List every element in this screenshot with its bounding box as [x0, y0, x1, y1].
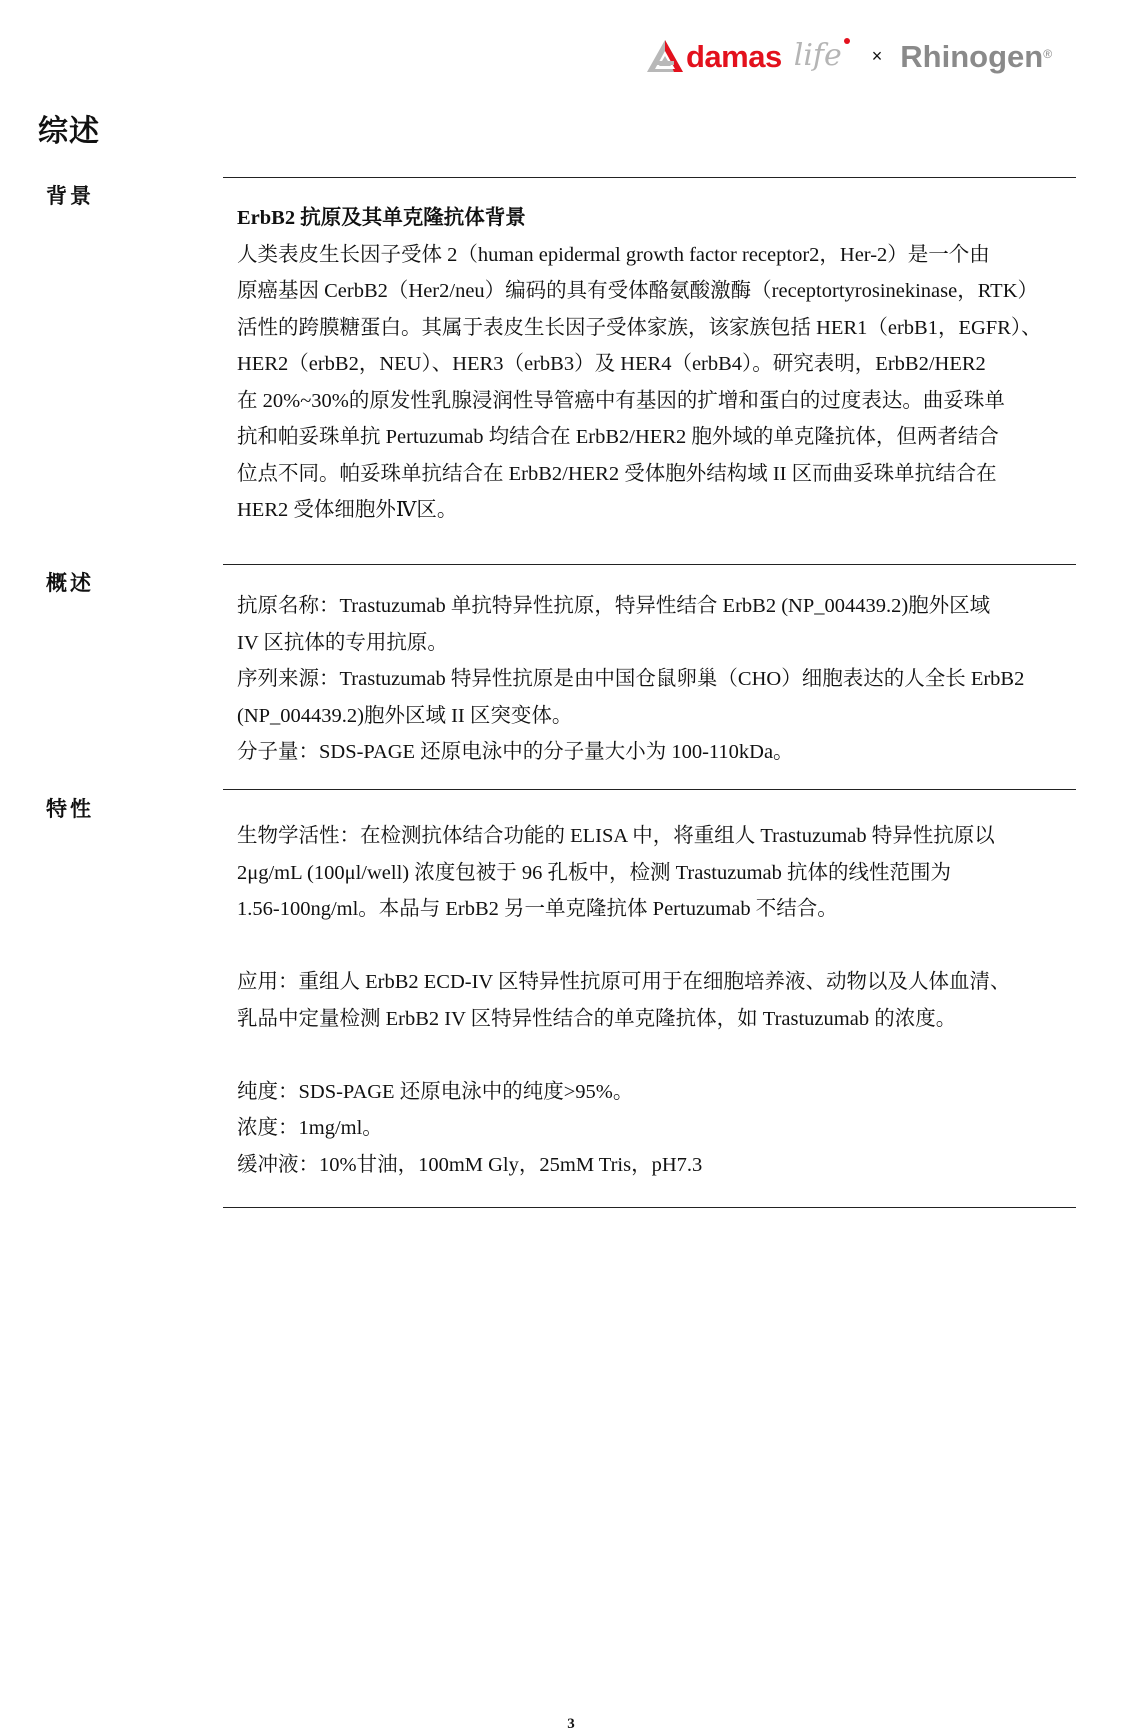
page-number: 3: [0, 1716, 1142, 1733]
adamas-wordmark: damas: [686, 41, 782, 72]
text-line: 人类表皮生长因子受体 2（human epidermal growth fact…: [237, 237, 1087, 274]
page-title: 综述: [38, 106, 100, 150]
text-line: 在 20%~30%的原发性乳腺浸润性导管癌中有基因的扩增和蛋白的过度表达。曲妥珠…: [237, 383, 1087, 420]
adamas-triangle-icon: [646, 38, 684, 74]
divider-rule: [223, 564, 1076, 565]
section-label-overview: 概述: [46, 567, 94, 597]
text-line: 应用：重组人 ErbB2 ECD-IV 区特异性抗原可用于在细胞培养液、动物以及…: [237, 964, 1087, 1001]
text-line: 活性的跨膜糖蛋白。其属于表皮生长因子受体家族，该家族包括 HER1（erbB1，…: [237, 310, 1087, 347]
text-line: 抗原名称：Trastuzumab 单抗特异性抗原，特异性结合 ErbB2 (NP…: [237, 588, 1087, 625]
text-line: 缓冲液：10%甘油，100mM Gly，25mM Tris，pH7.3: [237, 1147, 1087, 1184]
text-line: 1.56-100ng/ml。本品与 ErbB2 另一单克隆抗体 Pertuzum…: [237, 891, 1087, 928]
divider-rule: [223, 177, 1076, 178]
text-line: (NP_004439.2)胞外区域 II 区突变体。: [237, 698, 1087, 735]
background-content: ErbB2 抗原及其单克隆抗体背景 人类表皮生长因子受体 2（human epi…: [237, 200, 1087, 529]
text-line: 乳品中定量检测 ErbB2 IV 区特异性结合的单克隆抗体，如 Trastuzu…: [237, 1001, 1087, 1038]
text-line: 2μg/mL (100μl/well) 浓度包被于 96 孔板中，检测 Tras…: [237, 855, 1087, 892]
rhinogen-wordmark: Rhinogen: [900, 41, 1043, 72]
section-label-properties: 特性: [46, 793, 94, 823]
divider-rule: [223, 789, 1076, 790]
text-line: 抗和帕妥珠单抗 Pertuzumab 均结合在 ErbB2/HER2 胞外域的单…: [237, 419, 1087, 456]
registered-dot-icon: [844, 38, 850, 44]
text-line: HER2 受体细胞外Ⅳ区。: [237, 492, 1087, 529]
text-line: 生物学活性：在检测抗体结合功能的 ELISA 中，将重组人 Trastuzuma…: [237, 818, 1087, 855]
life-script-wordmark: life: [794, 41, 842, 71]
properties-content: 生物学活性：在检测抗体结合功能的 ELISA 中，将重组人 Trastuzuma…: [237, 818, 1087, 1183]
life-text: life: [794, 38, 842, 73]
background-subheading: ErbB2 抗原及其单克隆抗体背景: [237, 200, 1087, 237]
text-line: 原癌基因 CerbB2（Her2/neu）编码的具有受体酪氨酸激酶（recept…: [237, 273, 1087, 310]
text-line: 分子量：SDS-PAGE 还原电泳中的分子量大小为 100-110kDa。: [237, 734, 1087, 771]
text-line: IV 区抗体的专用抗原。: [237, 625, 1087, 662]
text-line: 序列来源：Trastuzumab 特异性抗原是由中国仓鼠卵巢（CHO）细胞表达的…: [237, 661, 1087, 698]
text-line: 浓度：1mg/ml。: [237, 1110, 1087, 1147]
text-line: 纯度：SDS-PAGE 还原电泳中的纯度>95%。: [237, 1074, 1087, 1111]
divider-rule: [223, 1207, 1076, 1208]
text-line: 位点不同。帕妥珠单抗结合在 ErbB2/HER2 受体胞外结构域 II 区而曲妥…: [237, 456, 1087, 493]
registered-mark-icon: ®: [1043, 47, 1052, 61]
section-label-background: 背景: [46, 180, 94, 210]
paragraph-gap: [237, 1037, 1087, 1074]
paragraph-gap: [237, 928, 1087, 965]
overview-content: 抗原名称：Trastuzumab 单抗特异性抗原，特异性结合 ErbB2 (NP…: [237, 588, 1087, 771]
text-line: HER2（erbB2，NEU）、HER3（erbB3）及 HER4（erbB4）…: [237, 346, 1087, 383]
logo-separator: ×: [872, 46, 883, 67]
brand-logo: damas life × Rhinogen ®: [646, 30, 1052, 82]
